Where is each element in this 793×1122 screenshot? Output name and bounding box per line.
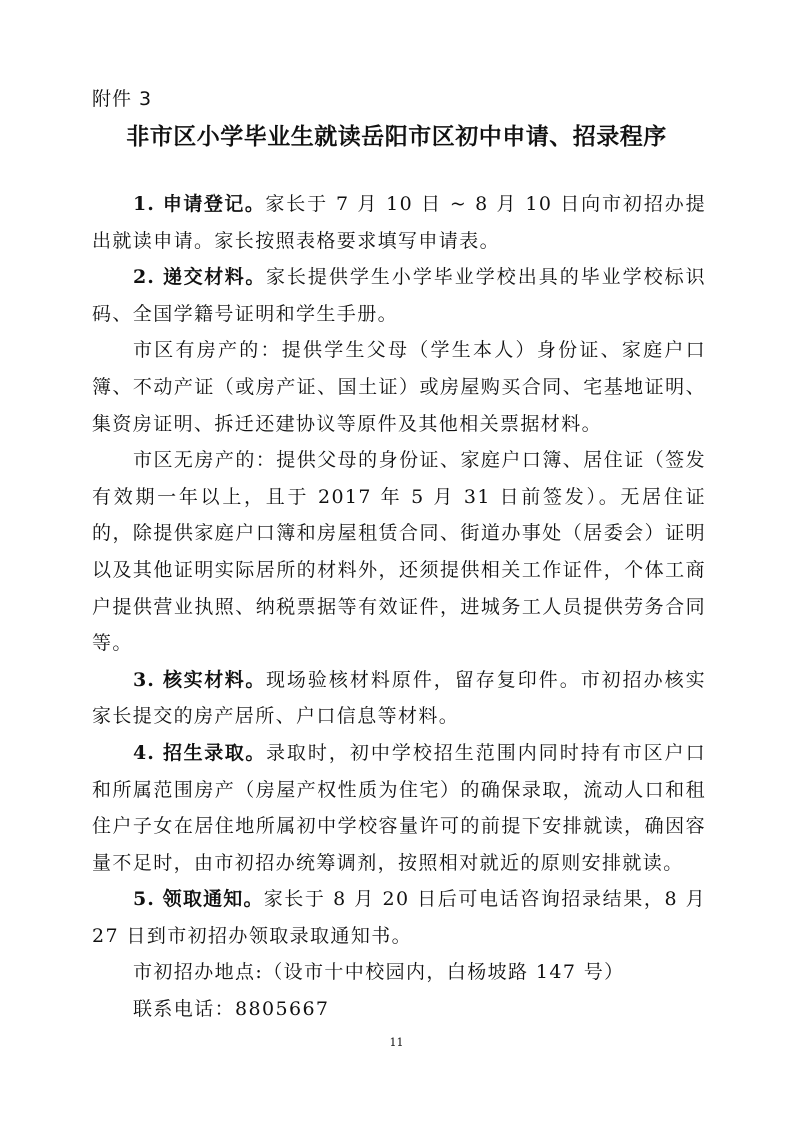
- paragraph-without-property: 市区无房产的：提供父母的身份证、家庭户口簿、居住证（签发有效期一年以上，且于 2…: [92, 442, 706, 662]
- document-title: 非市区小学毕业生就读岳阳市区初中申请、招录程序: [0, 118, 793, 151]
- phone-text: 联系电话：8805667: [133, 998, 329, 1020]
- section-text: 市区无房产的：提供父母的身份证、家庭户口簿、居住证（签发有效期一年以上，且于 2…: [92, 449, 706, 654]
- section-apply-registration: 1. 申请登记。家长于 7 月 10 日 ~ 8 月 10 日向市初招办提出就读…: [92, 186, 706, 259]
- section-verify-materials: 3. 核实材料。现场验核材料原件，留存复印件。市初招办核实家长提交的房产居所、户…: [92, 662, 706, 735]
- document-body: 1. 申请登记。家长于 7 月 10 日 ~ 8 月 10 日向市初招办提出就读…: [92, 186, 706, 1028]
- section-text: 市区有房产的：提供学生父母（学生本人）身份证、家庭户口簿、不动产证（或房产证、国…: [92, 339, 706, 434]
- address-text: 市初招办地点:（设市十中校园内，白杨坡路 147 号）: [133, 961, 625, 983]
- section-heading: 1. 申请登记。: [133, 193, 265, 215]
- section-receive-notice: 5. 领取通知。家长于 8 月 20 日后可电话咨询招录结果，8 月 27 日到…: [92, 881, 706, 954]
- page-number: 11: [0, 1036, 793, 1049]
- document-page: 附件 3 非市区小学毕业生就读岳阳市区初中申请、招录程序 1. 申请登记。家长于…: [0, 0, 793, 1122]
- section-heading: 5. 领取通知。: [133, 888, 264, 910]
- contact-phone: 联系电话：8805667: [92, 991, 706, 1028]
- attachment-label: 附件 3: [92, 84, 152, 111]
- paragraph-with-property: 市区有房产的：提供学生父母（学生本人）身份证、家庭户口簿、不动产证（或房产证、国…: [92, 332, 706, 442]
- section-submit-materials: 2. 递交材料。家长提供学生小学毕业学校出具的毕业学校标识码、全国学籍号证明和学…: [92, 259, 706, 332]
- office-address: 市初招办地点:（设市十中校园内，白杨坡路 147 号）: [92, 954, 706, 991]
- section-heading: 4. 招生录取。: [133, 742, 266, 764]
- section-heading: 3. 核实材料。: [133, 669, 266, 691]
- section-heading: 2. 递交材料。: [133, 266, 266, 288]
- section-enrollment: 4. 招生录取。录取时，初中学校招生范围内同时持有市区户口和所属范围房产（房屋产…: [92, 735, 706, 881]
